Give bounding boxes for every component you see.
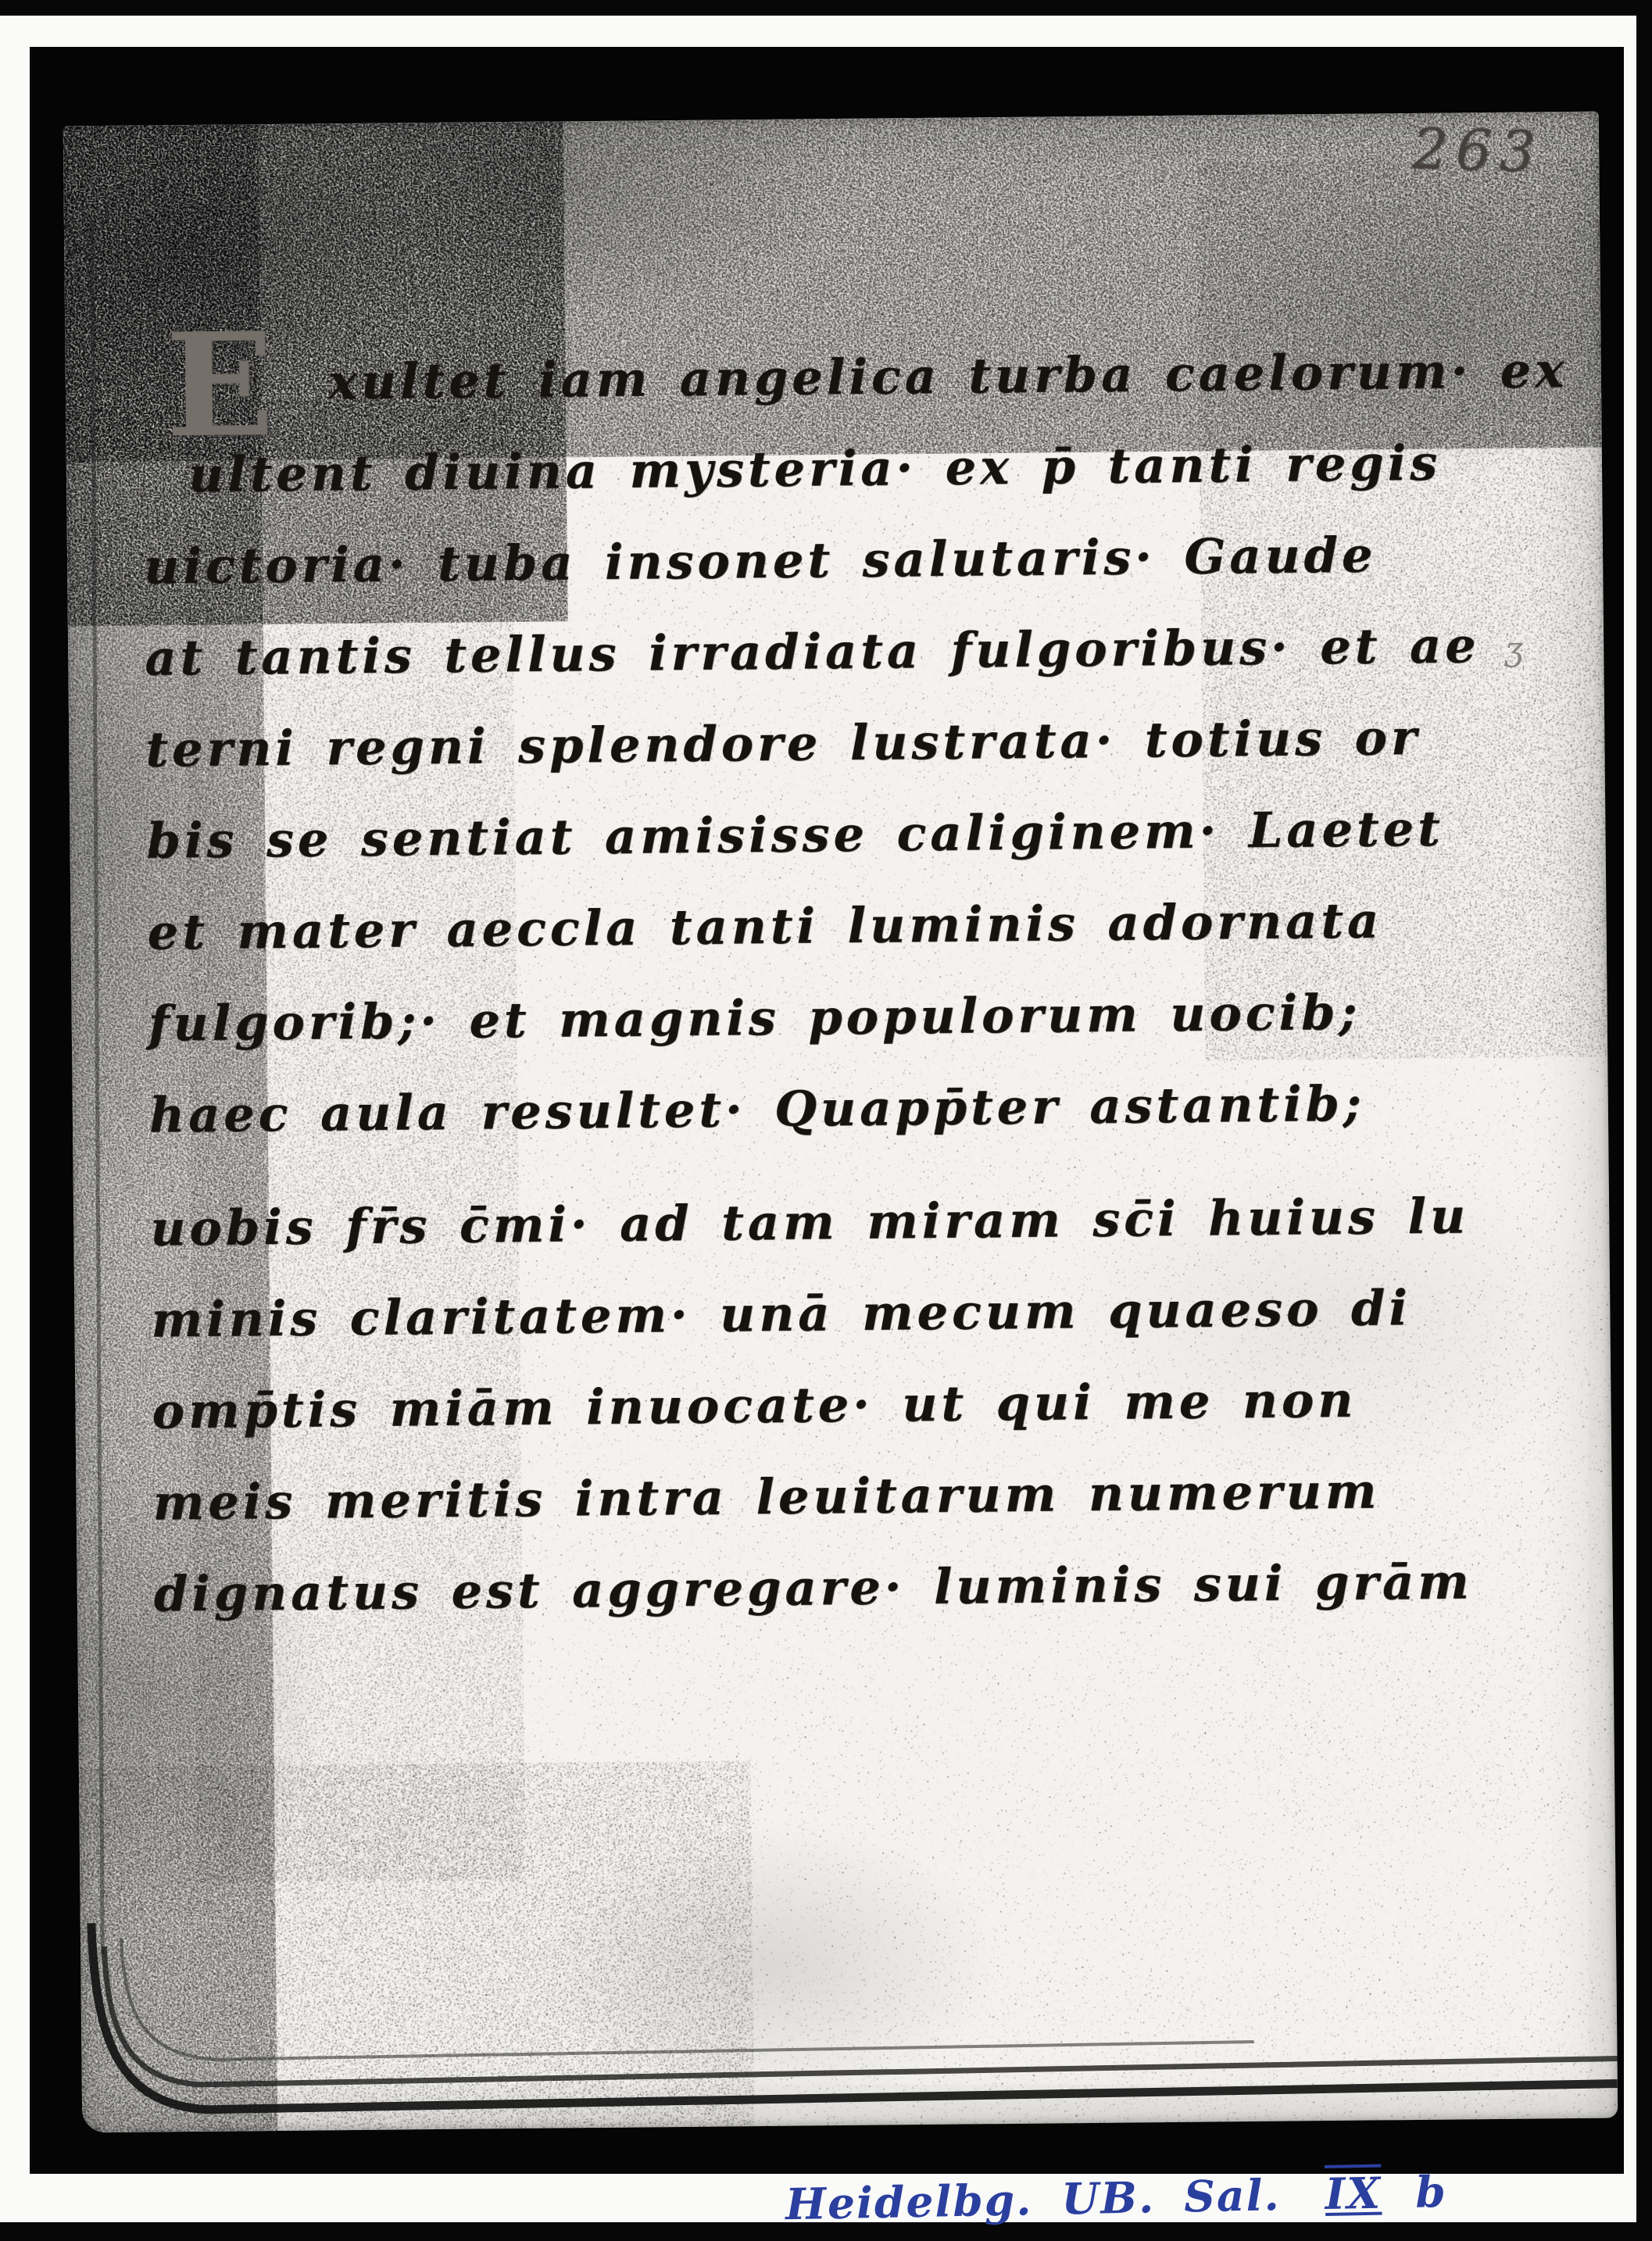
- text-line: bis se sentiat amisisse caliginem· Laete…: [146, 783, 1397, 886]
- text-line: dignatus est aggregare· luminis sui grām: [153, 1536, 1404, 1639]
- text-line: haec aula resultet· Quapp̄ter astantib;: [148, 1057, 1400, 1160]
- shelfmark-suffix: b: [1415, 2166, 1448, 2218]
- text-line: et mater aeccla tanti luminis adornata: [147, 874, 1398, 978]
- parchment-page: 263 ʒ E xultet iam angelica turba caelor…: [63, 112, 1618, 2133]
- text-line: terni regni splendore lustrata· totius o…: [145, 692, 1396, 795]
- photo-border-top: [0, 0, 1652, 16]
- text-line: meis meritis intra leuitarum numerum: [152, 1445, 1403, 1548]
- marginal-mark: ʒ: [1504, 630, 1523, 668]
- manuscript-photo-frame: 263 ʒ E xultet iam angelica turba caelor…: [30, 47, 1624, 2174]
- text-line: ultent diuina mysteria· ex p̄ tanti regi…: [142, 417, 1393, 520]
- shelfmark-prefix: Heidelbg. UB. Sal.: [785, 2169, 1281, 2229]
- photo-border-right: [1636, 0, 1652, 2241]
- text-line: minis claritatem· unā mecum quaeso di: [151, 1262, 1402, 1365]
- manuscript-text-block: xultet iam angelica turba caelorum· ex u…: [141, 326, 1404, 1639]
- text-line: fulgorib;· et magnis populorum uocib;: [148, 966, 1399, 1069]
- shelfmark-caption: Heidelbg. UB. Sal. IX b: [785, 2166, 1458, 2231]
- text-line: xultet iam angelica turba caelorum· ex: [141, 326, 1393, 429]
- photostat-of-manuscript: { "photo": { "page_number": "263", "marg…: [0, 0, 1652, 2241]
- text-line: uictoria· tuba insonet salutaris· Gaude: [144, 509, 1395, 612]
- text-line: uobis fr̄s c̄mi· ad tam miram sc̄i huius…: [150, 1171, 1401, 1274]
- text-line: at tantis tellus irradiata fulgoribus· e…: [145, 600, 1396, 703]
- shelfmark-numeral: IX: [1325, 2168, 1382, 2219]
- text-line: omp̄tis miām inuocate· ut qui me non: [152, 1353, 1403, 1456]
- folio-number: 263: [1411, 116, 1544, 184]
